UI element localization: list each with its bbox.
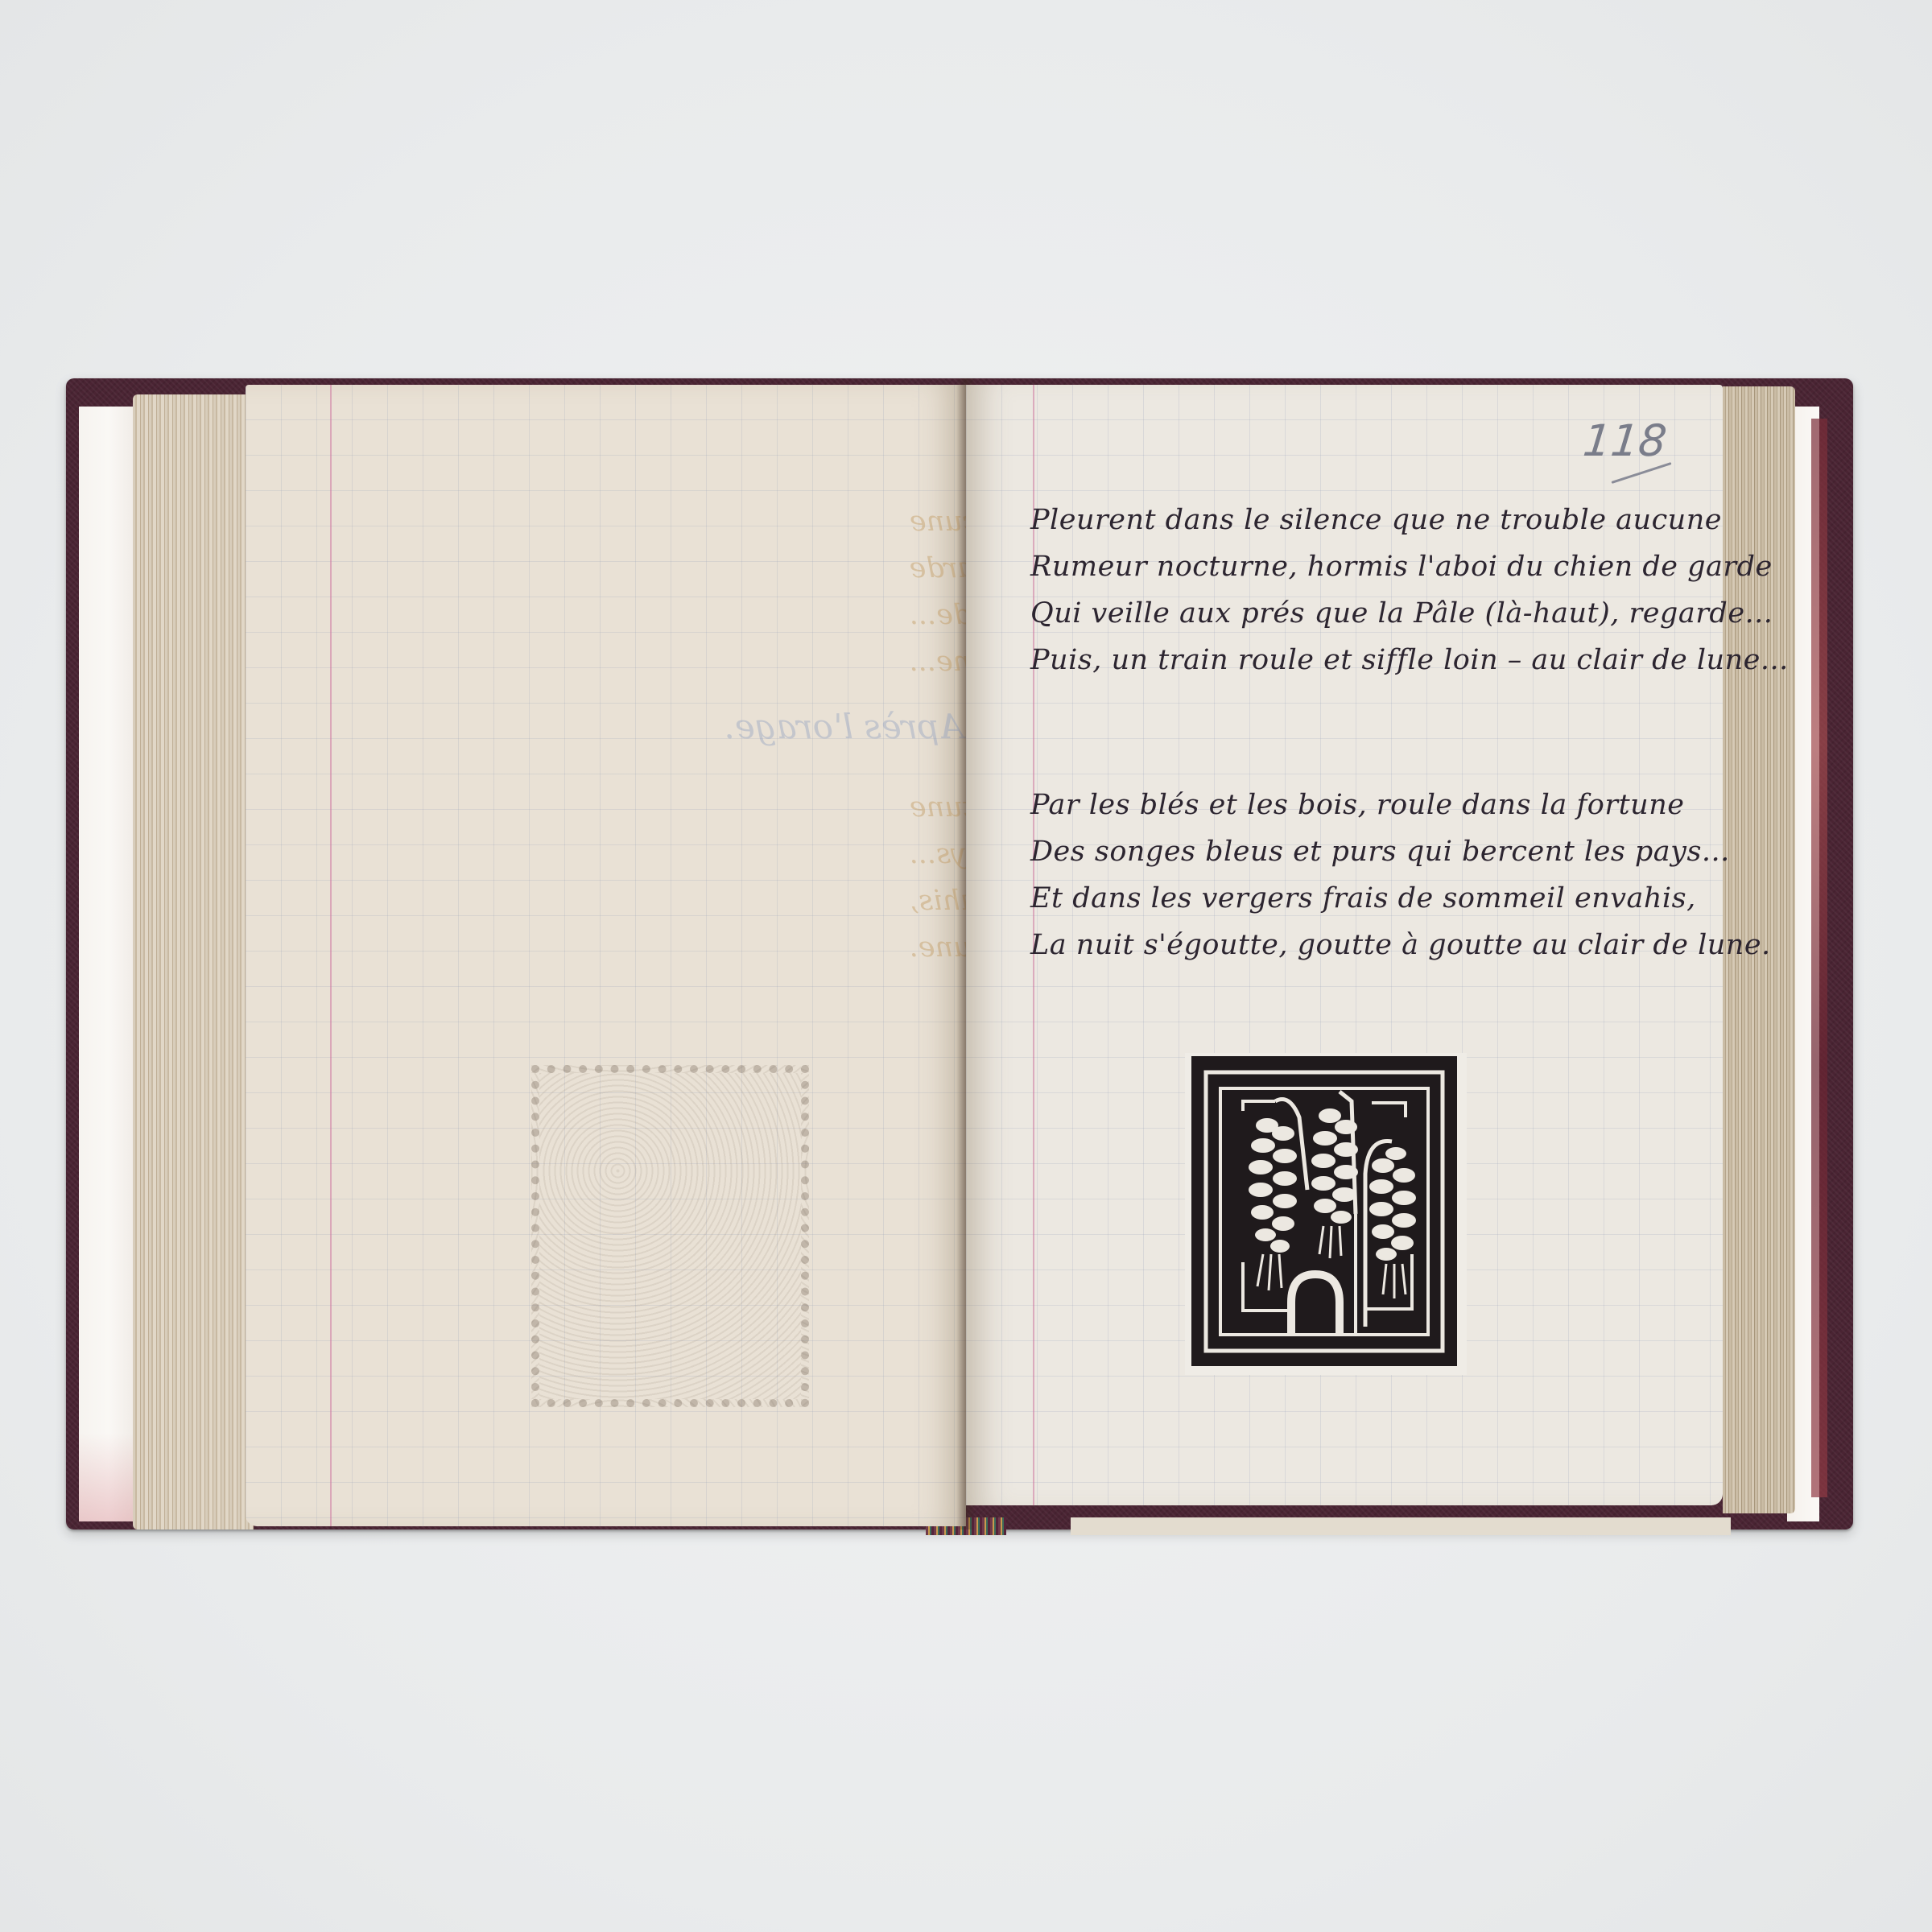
- left-page: Pleurent dans le silence que ne trouble …: [246, 385, 966, 1526]
- poem-line: Et dans les vergers frais de sommeil env…: [1030, 882, 1696, 914]
- margin-line: [330, 385, 332, 1526]
- show-through-title: Après l'orage.: [724, 707, 964, 746]
- right-page: 118 Pleurent dans le silence que ne trou…: [966, 385, 1723, 1505]
- marbled-edge: [1811, 419, 1827, 1497]
- poem-line: Puis, un train roule et siffle loin – au…: [1030, 644, 1789, 676]
- left-page-stack: [133, 394, 254, 1529]
- photo-background: Pleurent dans le silence que ne trouble …: [0, 0, 1932, 1932]
- poem-line: Pleurent dans le silence que ne trouble …: [1030, 504, 1722, 536]
- poem-line: Rumeur nocturne, hormis l'aboi du chien …: [1030, 551, 1773, 583]
- poem-line: Des songes bleus et purs qui bercent les…: [1030, 836, 1730, 868]
- endpaper-stain: [79, 1433, 138, 1521]
- poem-line: La nuit s'égoutte, goutte à goutte au cl…: [1030, 929, 1771, 961]
- show-through-woodcut: [531, 1065, 809, 1407]
- folio-number: 118: [1581, 415, 1670, 466]
- poem-line: Qui veille aux prés que la Pâle (là-haut…: [1030, 597, 1773, 630]
- spine-lining: [1071, 1517, 1731, 1535]
- wheat-woodcut-illustration: [1185, 1053, 1467, 1375]
- poem-line: Par les blés et les bois, roule dans la …: [1030, 789, 1684, 821]
- wheat-icon: [1187, 1053, 1464, 1373]
- left-endpaper: [79, 407, 138, 1521]
